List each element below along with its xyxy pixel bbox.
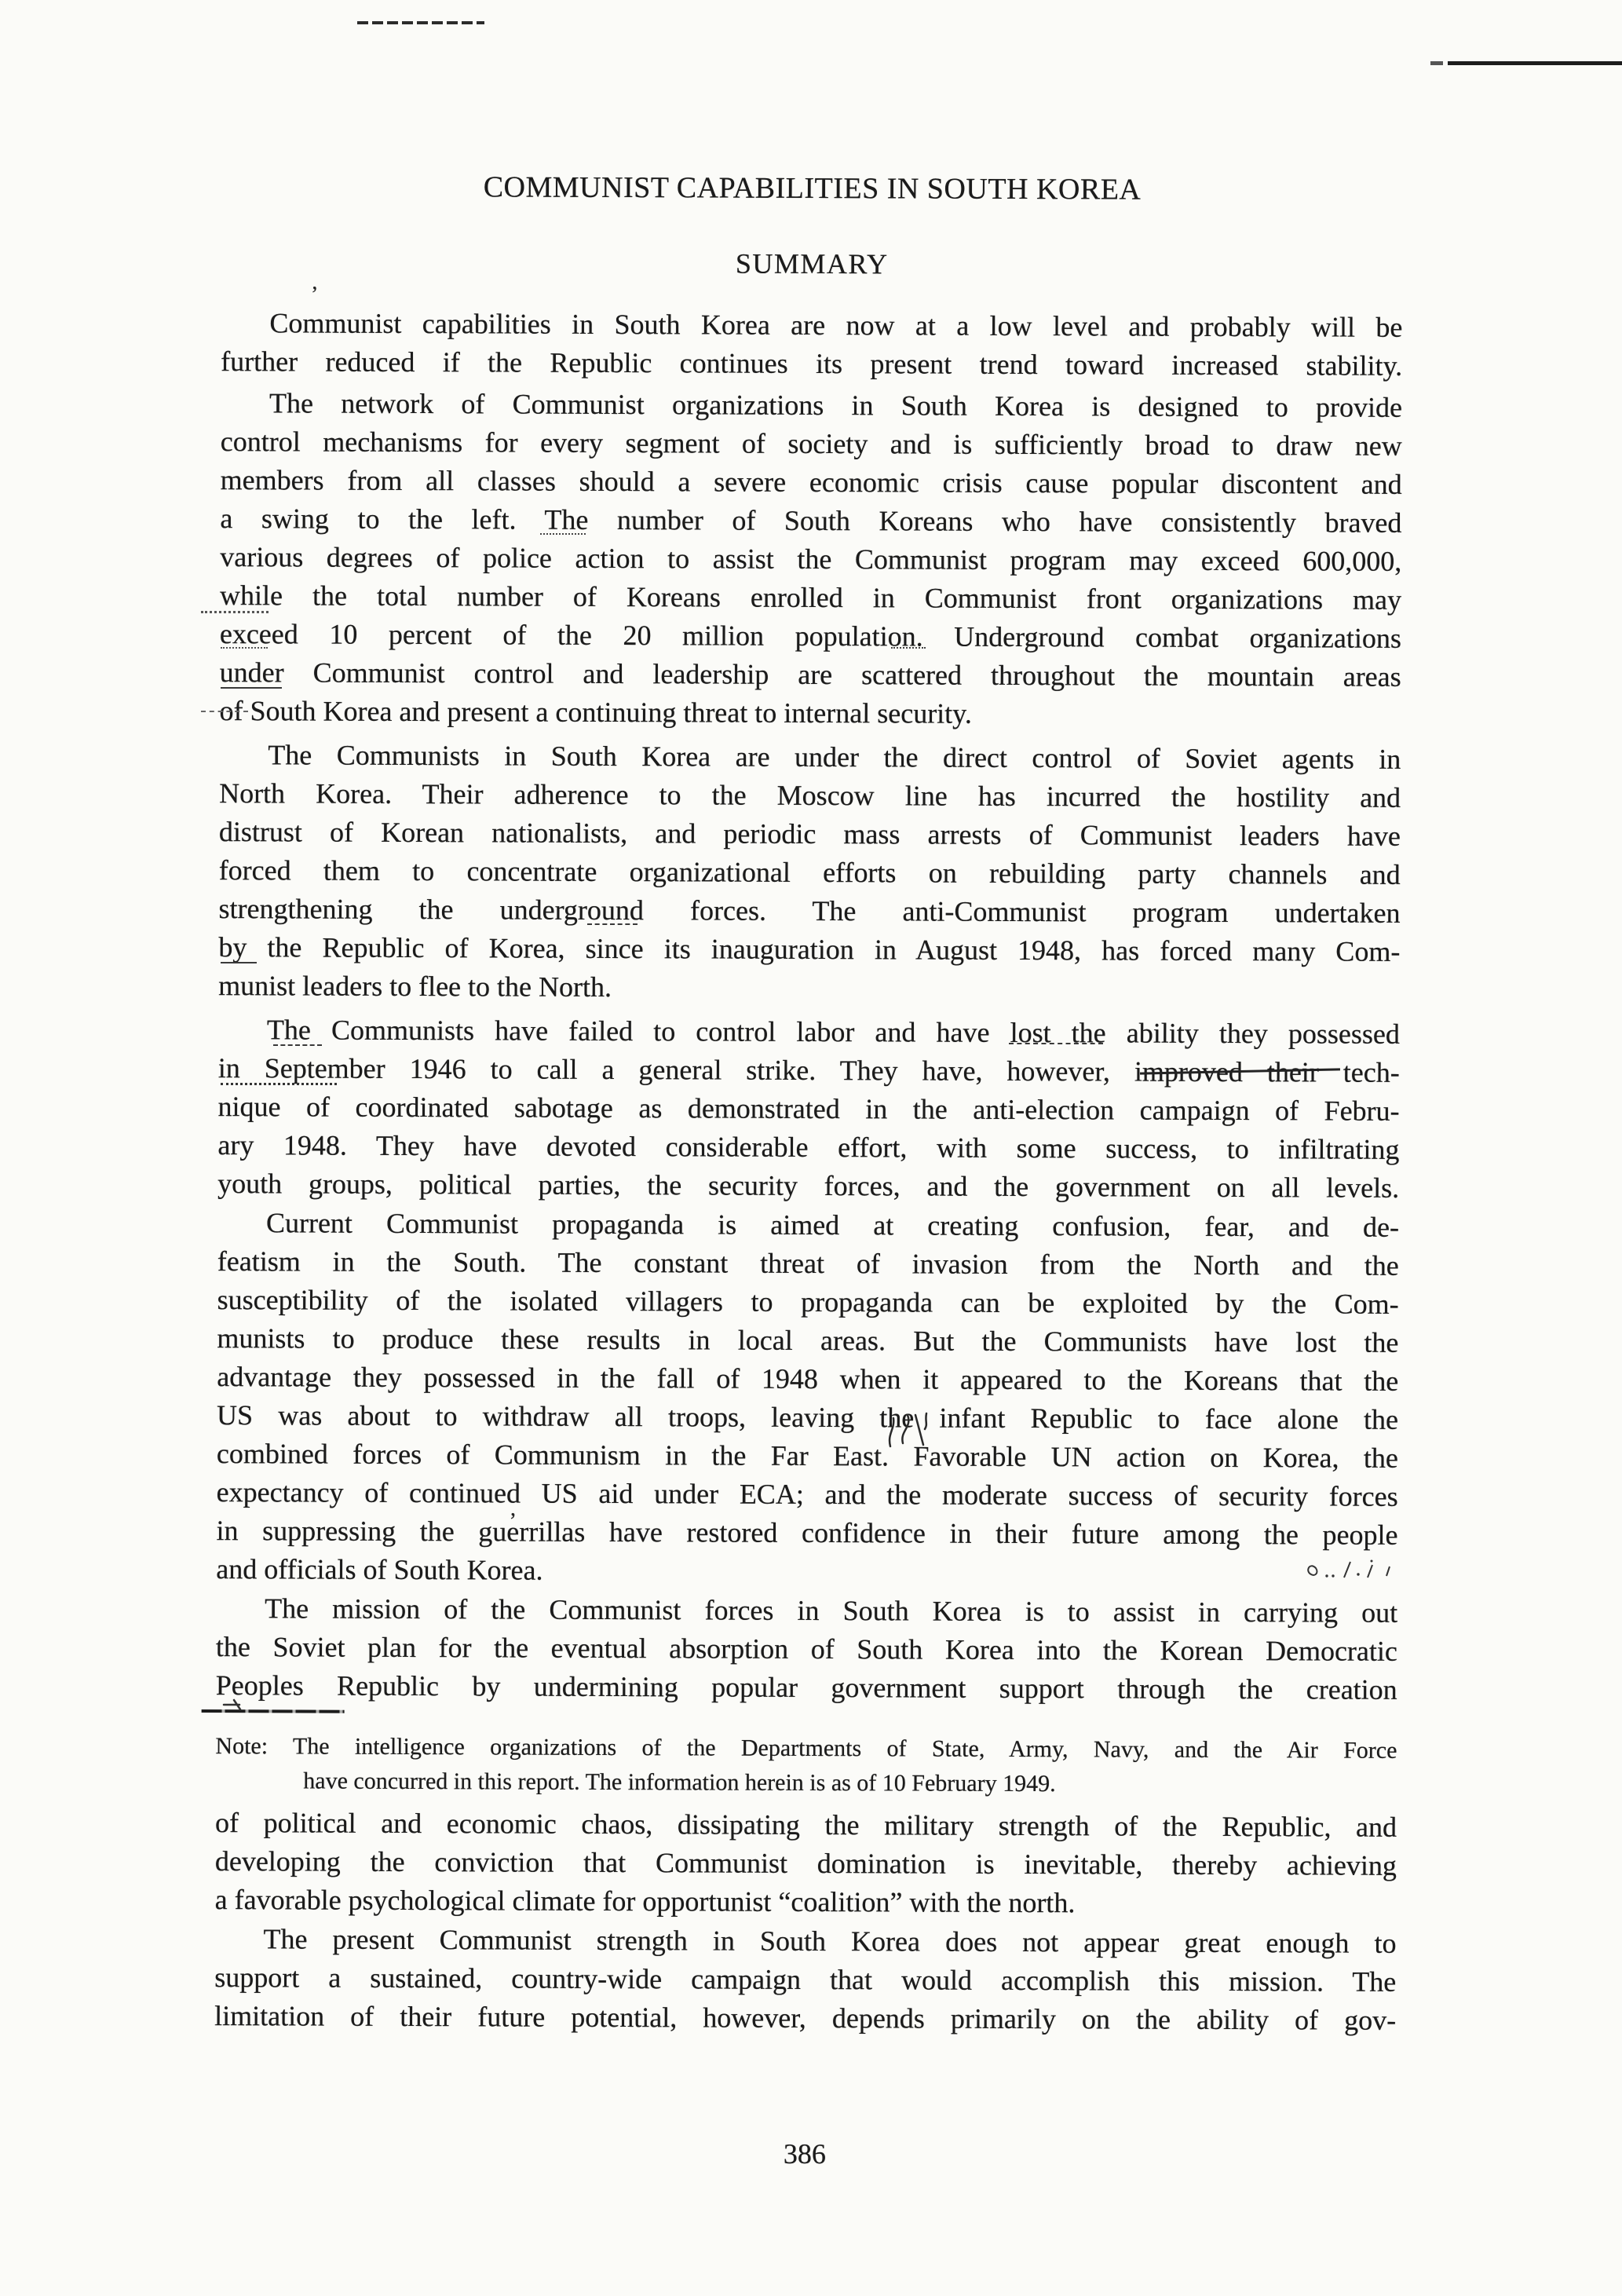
text-line: The Communists have failed to control la… (218, 1011, 1400, 1054)
text-line: further reduced if the Republic continue… (221, 342, 1402, 386)
text-line: munists to produce these results in loca… (217, 1319, 1398, 1362)
text-line: combined forces of Communism in the Far … (217, 1435, 1398, 1478)
document-title: COMMUNIST CAPABILITIES IN SOUTH KOREA (221, 166, 1403, 210)
page-number: 386 (214, 2135, 1395, 2173)
paragraph: The Communists in South Korea are under … (218, 736, 1401, 1010)
text-line: The mission of the Communist forces in S… (216, 1589, 1397, 1632)
paragraph: Current Communist propaganda is aimed at… (216, 1204, 1399, 1593)
text-line: North Korea. Their adherence to the Mosc… (219, 774, 1401, 817)
text-line: and officials of South Korea. (216, 1550, 1397, 1593)
scan-artifact-margin-dots (201, 611, 269, 613)
text-line: advantage they possessed in the fall of … (217, 1358, 1398, 1401)
proof-mark-underline (1009, 1043, 1103, 1044)
text-line: youth groups, political parties, the sec… (217, 1164, 1399, 1208)
text-line: Communist capabilities in South Korea ar… (221, 304, 1402, 347)
text-line: by the Republic of Korea, since its inau… (218, 928, 1400, 971)
handwriting-mark (1303, 1559, 1405, 1586)
paragraph: Communist capabilities in South Korea ar… (221, 304, 1402, 386)
text-line: under Communist control and leadership a… (220, 653, 1401, 696)
handwriting-mark (881, 1407, 936, 1455)
proof-mark-underline (540, 533, 586, 535)
text-line: expectancy of continued US aid under ECA… (217, 1473, 1398, 1516)
scan-artifact-comma: , (510, 1497, 516, 1522)
text-line: ary 1948. They have devoted considerable… (217, 1126, 1399, 1169)
proof-mark-underline (587, 923, 637, 925)
text-line: a swing to the left. The number of South… (220, 499, 1401, 543)
text-line: The Communists in South Korea are under … (219, 736, 1401, 779)
text-line: Current Communist propaganda is aimed at… (217, 1204, 1399, 1247)
proof-mark-underline (221, 962, 257, 963)
text-line: members from all classes should a severe… (221, 461, 1402, 504)
text-line: featism in the South. The constant threa… (217, 1242, 1399, 1285)
proof-mark-underline (891, 647, 926, 649)
text-line: susceptibility of the isolated villagers… (217, 1281, 1399, 1324)
text-line: developing the conviction that Communist… (215, 1842, 1397, 1885)
text-line: the Soviet plan for the eventual absorpt… (216, 1628, 1397, 1671)
text-line: of political and economic chaos, dissipa… (215, 1804, 1397, 1847)
scan-artifact-top-left-dashes (357, 21, 484, 24)
text-line: of South Korea and present a continuing … (219, 692, 1401, 735)
document-page: COMMUNIST CAPABILITIES IN SOUTH KOREA SU… (0, 0, 1622, 2296)
proof-mark-underline (273, 1044, 322, 1046)
text-line: US was about to withdraw all troops, lea… (217, 1396, 1398, 1439)
scan-artifact-top-right-dashes (1430, 61, 1622, 65)
text-block: COMMUNIST CAPABILITIES IN SOUTH KOREA SU… (222, 0, 1404, 2)
footnote-line: Note: The intelligence organizations of … (215, 1729, 1397, 1768)
paragraph: The mission of the Communist forces in S… (216, 1589, 1398, 1709)
text-line: while the total number of Koreans enroll… (220, 576, 1401, 620)
text-line: control mechanisms for every segment of … (221, 422, 1402, 466)
scan-artifact-margin-dash (201, 711, 248, 712)
paragraph: The present Communist strength in South … (214, 1920, 1397, 2040)
proof-mark-underline (221, 647, 268, 649)
proof-mark-wavy-underline (221, 1083, 337, 1085)
text-line: support a sustained, country-wide campai… (214, 1958, 1396, 2002)
text-line: Peoples Republic by undermining popular … (216, 1666, 1397, 1709)
text-line: forced them to concentrate organizationa… (219, 851, 1401, 894)
proof-mark-underline (221, 687, 282, 689)
text-line: in suppressing the guerrillas have resto… (216, 1512, 1397, 1555)
text-line: munist leaders to flee to the North. (218, 967, 1400, 1010)
scan-artifact-dash-tick (222, 1698, 249, 1716)
text-line: nique of coordinated sabotage as demonst… (217, 1088, 1399, 1131)
paragraph: The network of Communist organizations i… (219, 384, 1402, 735)
paragraph-continuation: of political and economic chaos, dissipa… (215, 1804, 1397, 1924)
scan-artifact-apostrophe: ’ (311, 283, 318, 308)
text-line: The present Communist strength in South … (214, 1920, 1396, 1963)
footnote: Note: The intelligence organizations of … (215, 1729, 1397, 1803)
text-line: a favorable psychological climate for op… (215, 1881, 1397, 1924)
section-heading: SUMMARY (221, 243, 1403, 285)
paragraph: The Communists have failed to control la… (217, 1011, 1400, 1208)
footnote-line: have concurred in this report. The infor… (215, 1764, 1397, 1803)
text-line: exceed 10 percent of the 20 million popu… (220, 615, 1401, 658)
text-line: distrust of Korean nationalists, and per… (219, 813, 1401, 856)
text-line: strengthening the underground forces. Th… (218, 890, 1400, 933)
text-line: limitation of their future potential, ho… (214, 1997, 1396, 2040)
text-line: various degrees of police action to assi… (220, 538, 1401, 581)
text-line: The network of Communist organizations i… (221, 384, 1402, 427)
